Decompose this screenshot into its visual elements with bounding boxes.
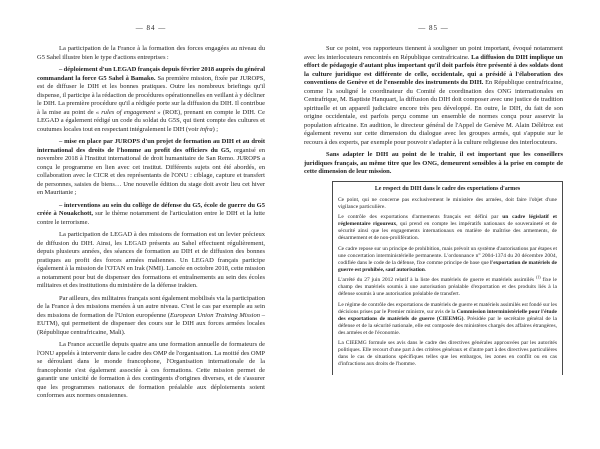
- text-run: European Union Training Mission: [170, 312, 260, 319]
- paragraph: – mise en place par JUROPS d'un projet d…: [37, 138, 265, 198]
- text-run: Sans adapter le DIH au point de le trahi…: [304, 151, 563, 175]
- text-run: ) ;: [213, 126, 218, 133]
- page-85-body: Sur ce point, vos rapporteurs tiennent à…: [304, 45, 563, 375]
- page-84-body: La participation de la France à la forma…: [37, 45, 265, 401]
- inset-box-title: Le respect du DIH dans le cadre des expo…: [338, 186, 557, 193]
- inset-box-paragraph: L'arrêté du 27 juin 2012 relatif à la li…: [338, 277, 557, 298]
- paragraph: La France accueille depuis quatre ans un…: [37, 341, 265, 401]
- paragraph: La participation de LEGAD à des missions…: [37, 231, 265, 291]
- text-run: La CIEEMG formule ses avis dans le cadre…: [338, 340, 557, 367]
- page-number: — 84 —: [37, 0, 265, 32]
- inset-box-paragraph: Ce point, qui ne concerne pas exclusivem…: [338, 197, 557, 211]
- page-85: — 85 — Sur ce point, vos rapporteurs tie…: [304, 0, 563, 375]
- paragraph: Sur ce point, vos rapporteurs tiennent à…: [304, 45, 563, 147]
- paragraph: – interventions au sein du collège de dé…: [37, 202, 265, 228]
- inset-box-arms-exports: Le respect du DIH dans le cadre des expo…: [332, 181, 563, 376]
- text-run: infra: [200, 126, 213, 133]
- paragraph: – déploiement d'un LEGAD français depuis…: [37, 66, 265, 134]
- page-number: — 85 —: [304, 0, 563, 32]
- inset-box-paragraph: Ce cadre repose sur un principe de prohi…: [338, 246, 557, 274]
- paragraph: Par ailleurs, des militaires français so…: [37, 295, 265, 338]
- inset-box-paragraph: La CIEEMG formule ses avis dans le cadre…: [338, 340, 557, 368]
- text-run: La participation de LEGAD à des missions…: [37, 231, 265, 289]
- text-run: La participation de la France à la forma…: [37, 45, 265, 61]
- paragraph: Sans adapter le DIH au point de le trahi…: [304, 151, 563, 177]
- text-run: La France accueille depuis quatre ans un…: [37, 341, 265, 399]
- paragraph: La participation de la France à la forma…: [37, 45, 265, 62]
- text-run: Le contrôle des exportations d'armements…: [338, 214, 502, 220]
- inset-box-paragraph: Le contrôle des exportations d'armements…: [338, 214, 557, 242]
- text-run: .: [425, 267, 426, 273]
- inset-box-paragraph: Le régime de contrôle des exportations d…: [338, 302, 557, 337]
- text-run: rules of engagement: [101, 109, 155, 116]
- text-run: En République centrafricaine, comme l'a …: [304, 79, 563, 146]
- page-84: — 84 — La participation de la France à l…: [37, 0, 265, 405]
- text-run: Ce point, qui ne concerne pas exclusivem…: [338, 197, 557, 210]
- text-run: L'arrêté du 27 juin 2012 relatif à la li…: [338, 277, 536, 283]
